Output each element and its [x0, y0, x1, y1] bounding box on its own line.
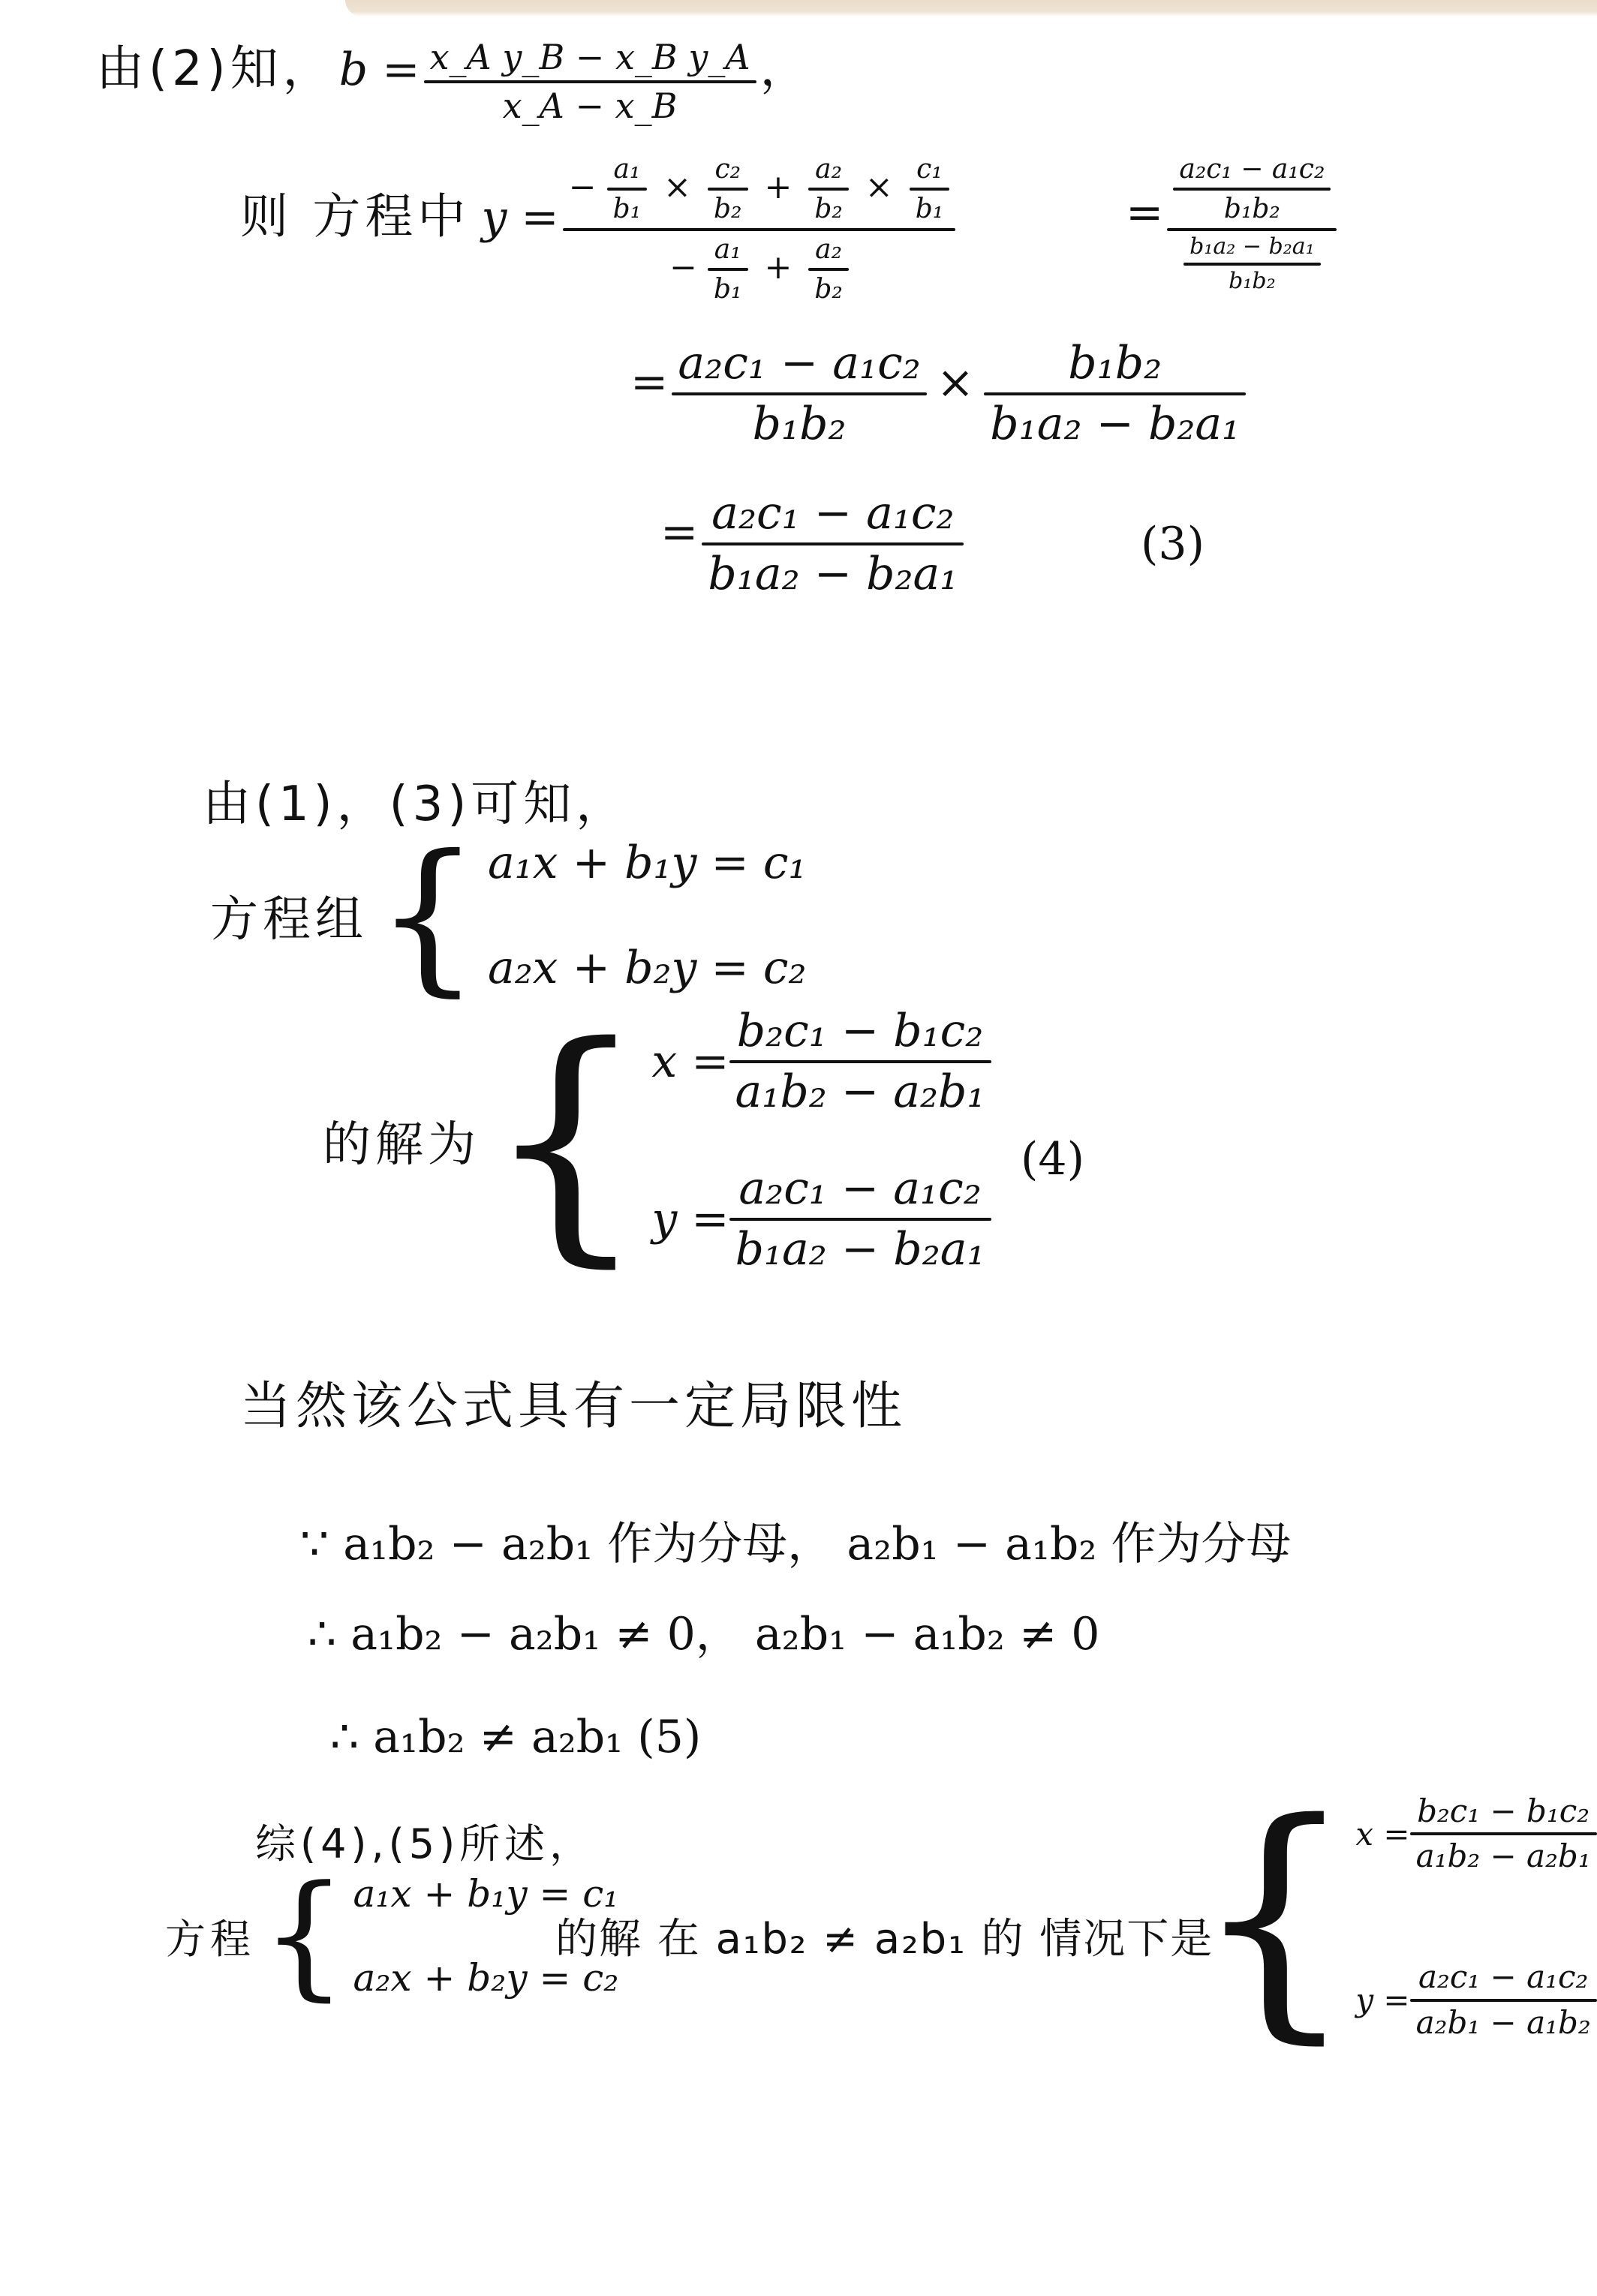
paper-edge-strip: [345, 0, 1597, 17]
final-y: y = a₂c₁ − a₁c₂ a₂b₁ − a₁b₂ .: [1355, 1959, 1597, 2041]
complex-denominator: − a₁b₁ + a₂b₂: [663, 234, 855, 305]
equals-sign: =: [1126, 186, 1163, 239]
equation-system: 方程组 { a₁x + b₁y = c₁ a₂x + b₂y = c₂: [210, 833, 807, 998]
fraction-bar: [702, 542, 964, 545]
numerator: a₂c₁ − a₁c₂: [672, 338, 926, 389]
numerator: c₂: [708, 154, 747, 185]
fraction-bar: [984, 392, 1246, 395]
denominator: b₁b₂: [747, 398, 853, 450]
fraction-bar: [424, 80, 756, 83]
nested-numerator: a₂c₁ − a₁c₂b₁b₂: [1167, 154, 1337, 225]
numerator: a₂c₁ − a₁c₂: [1173, 154, 1331, 185]
a2-over-b2: a₂b₂: [808, 234, 848, 305]
equation-tag-3: (3): [1141, 518, 1205, 570]
denominator: b₂: [808, 274, 848, 305]
y-lhs: y =: [651, 1193, 729, 1246]
result-fraction: a₂c₁ − a₁c₂ b₁a₂ − b₂a₁: [702, 488, 964, 600]
denominator: b₁: [607, 194, 647, 224]
conclusion-system: 方程 { a₁x + b₁y = c₁ a₂x + b₂y = c₂: [165, 1868, 618, 2003]
limitation-heading: 当然该公式具有一定局限性: [240, 1366, 907, 1438]
lower-fraction: b₁a₂ − b₂a₁b₁b₂: [1183, 234, 1321, 295]
main-fraction-bar: [563, 228, 955, 231]
denominator: a₂b₁ − a₁b₂: [1410, 2005, 1597, 2041]
numerator: a₂c₁ − a₁c₂: [732, 1163, 987, 1215]
therefore-line-2: ∴ a₁b₂ ≠ a₂b₁ (5): [330, 1711, 701, 1763]
line-product: = a₂c₁ − a₁c₂ b₁b₂ × b₁b₂ b₁a₂ − b₂a₁: [630, 338, 1246, 450]
main-fraction-bar: [1167, 228, 1337, 231]
numerator: a₂c₁ − a₁c₂: [1412, 1959, 1594, 1995]
fraction-bar: [1410, 1999, 1597, 2002]
line1-prefix: 由(2)知，: [96, 41, 335, 97]
fraction-bar: [1173, 188, 1331, 191]
b-numerator: x_A y_B − x_B y_A: [424, 38, 756, 77]
a1-over-b1: a₁b₁: [607, 154, 647, 225]
fraction-bar: [607, 188, 647, 191]
system-equations: a₁x + b₁y = c₁ a₂x + b₂y = c₂: [488, 837, 807, 994]
equals-sign: =: [660, 506, 698, 559]
line-b-formula: 由(2)知， b = x_A y_B − x_B y_A x_A − x_B ，: [96, 30, 813, 125]
solution-equations: x = b₂c₁ − b₁c₂ a₁b₂ − a₂b₁ y = a₂c₁ − a…: [651, 1005, 991, 1276]
x-lhs: x =: [1355, 1816, 1409, 1853]
numerator: a₂c₁ − a₁c₂: [705, 488, 960, 539]
nested-fraction: a₂c₁ − a₁c₂b₁b₂ b₁a₂ − b₂a₁b₁b₂: [1167, 154, 1337, 295]
times-sign: ×: [931, 356, 980, 409]
b-denominator: x_A − x_B: [497, 86, 684, 126]
line2-right-fraction: = a₂c₁ − a₁c₂b₁b₂ b₁a₂ − b₂a₁b₁b₂: [1126, 154, 1337, 295]
denominator: b₁: [910, 194, 949, 224]
minus-sign: −: [569, 168, 597, 206]
denominator: b₁a₂ − b₂a₁: [702, 548, 964, 600]
fraction-bar: [708, 268, 747, 271]
line1-suffix: ，: [760, 41, 813, 97]
b-fraction: x_A y_B − x_B y_A x_A − x_B: [424, 38, 756, 126]
numerator: a₂: [809, 154, 848, 185]
c1-over-b1: c₁b₁: [910, 154, 949, 225]
product-fraction-2: b₁b₂ b₁a₂ − b₂a₁: [984, 338, 1246, 450]
nested-denominator: b₁a₂ − b₂a₁b₁b₂: [1177, 234, 1327, 295]
denominator: b₂: [708, 194, 747, 224]
line1-lhs: b =: [339, 44, 420, 96]
fraction-bar: [1183, 263, 1321, 266]
fraction-bar: [729, 1060, 991, 1063]
denominator: a₁b₂ − a₂b₁: [729, 1066, 991, 1118]
equation-tag-4: (4): [1021, 1133, 1084, 1186]
left-brace-icon: {: [485, 1013, 647, 1268]
fraction-bar: [808, 268, 848, 271]
y-complex-fraction: − a₁b₁ × c₂b₂ + a₂b₂ × c₁b₁ − a₁b₁ + a₂b…: [563, 154, 955, 305]
because-line: ∵ a₁b₂ − a₂b₁ 作为分母， a₂b₁ − a₁b₂ 作为分母: [300, 1508, 1291, 1573]
fraction-bar: [808, 188, 848, 191]
denominator: b₂: [808, 194, 848, 224]
c2-over-b2: c₂b₂: [708, 154, 747, 225]
plus-sign: +: [759, 248, 798, 287]
conclusion-label: 方程: [165, 1907, 255, 1965]
line-result-3: = a₂c₁ − a₁c₂ b₁a₂ − b₂a₁: [660, 488, 964, 600]
numerator: c₁: [910, 154, 949, 185]
denominator: b₁b₂: [1218, 194, 1286, 224]
y-fraction: a₂c₁ − a₁c₂ a₂b₁ − a₁b₂: [1410, 1959, 1597, 2041]
times-sign: ×: [657, 168, 697, 206]
left-brace-icon: {: [375, 833, 480, 998]
denominator: b₁: [708, 274, 747, 305]
conclusion-condition: 的解 在 a₁b₂ ≠ a₂b₁ 的 情况下是: [555, 1906, 1214, 1966]
therefore-line-1: ∴ a₁b₂ − a₂b₁ ≠ 0， a₂b₁ − a₁b₂ ≠ 0: [308, 1598, 1099, 1663]
equation-2: a₂x + b₂y = c₂: [488, 942, 807, 994]
final-solution: { x = b₂c₁ − b₁c₂ a₁b₂ − a₂b₁ y = a₂c₁ −…: [1193, 1790, 1597, 2045]
line-y-complex: 则 方程中 y = − a₁b₁ × c₂b₂ + a₂b₂ × c₁b₁ − …: [240, 154, 955, 305]
denominator: b₁a₂ − b₂a₁: [729, 1224, 991, 1276]
a1-over-b1: a₁b₁: [708, 234, 747, 305]
x-fraction: b₂c₁ − b₁c₂ a₁b₂ − a₂b₁: [729, 1005, 991, 1118]
upper-fraction: a₂c₁ − a₁c₂b₁b₂: [1173, 154, 1331, 225]
numerator: b₂c₁ − b₁c₂: [1411, 1793, 1595, 1829]
minus-sign: −: [669, 248, 697, 287]
left-brace-icon: {: [261, 1868, 347, 2003]
line2-prefix: 则 方程中: [240, 189, 470, 245]
numerator: b₁a₂ − b₂a₁: [1183, 234, 1321, 260]
denominator: b₁b₂: [1223, 269, 1281, 295]
numerator: b₁b₂: [1062, 338, 1168, 389]
y-lhs: y =: [1355, 1982, 1409, 2018]
fraction-bar: [708, 188, 747, 191]
fraction-bar: [1410, 1832, 1597, 1835]
product-fraction-1: a₂c₁ − a₁c₂ b₁b₂: [672, 338, 926, 450]
fraction-bar: [910, 188, 949, 191]
numerator: a₂: [809, 234, 848, 265]
final-equations: x = b₂c₁ − b₁c₂ a₁b₂ − a₂b₁ y = a₂c₁ − a…: [1355, 1793, 1597, 2041]
final-x: x = b₂c₁ − b₁c₂ a₁b₂ − a₂b₁: [1355, 1793, 1597, 1875]
fraction-bar: [672, 392, 926, 395]
solution-label: 的解为: [323, 1106, 480, 1175]
y-fraction: a₂c₁ − a₁c₂ b₁a₂ − b₂a₁: [729, 1163, 991, 1276]
complex-numerator: − a₁b₁ × c₂b₂ + a₂b₂ × c₁b₁: [563, 154, 955, 225]
line2-lhs: y =: [474, 191, 558, 244]
y-solution: y = a₂c₁ − a₁c₂ b₁a₂ − b₂a₁: [651, 1163, 991, 1276]
left-brace-icon: {: [1193, 1790, 1355, 2045]
times-sign: ×: [859, 168, 899, 206]
numerator: b₂c₁ − b₁c₂: [731, 1005, 990, 1057]
denominator: a₁b₂ − a₂b₁: [1410, 1838, 1597, 1874]
denominator: b₁a₂ − b₂a₁: [984, 398, 1246, 450]
fraction-bar: [729, 1218, 991, 1221]
equation-1: a₁x + b₁y = c₁: [488, 837, 807, 889]
plus-sign: +: [759, 168, 798, 206]
a2-over-b2: a₂b₂: [808, 154, 848, 225]
solution-system: 的解为 { x = b₂c₁ − b₁c₂ a₁b₂ − a₂b₁ y = a₂…: [323, 1005, 991, 1276]
numerator: a₁: [607, 154, 646, 185]
x-fraction: b₂c₁ − b₁c₂ a₁b₂ − a₂b₁: [1410, 1793, 1597, 1875]
numerator: a₁: [708, 234, 747, 265]
system-label: 方程组: [210, 881, 368, 950]
x-lhs: x =: [651, 1035, 729, 1088]
equals-sign: =: [630, 356, 668, 409]
x-solution: x = b₂c₁ − b₁c₂ a₁b₂ − a₂b₁: [651, 1005, 991, 1118]
